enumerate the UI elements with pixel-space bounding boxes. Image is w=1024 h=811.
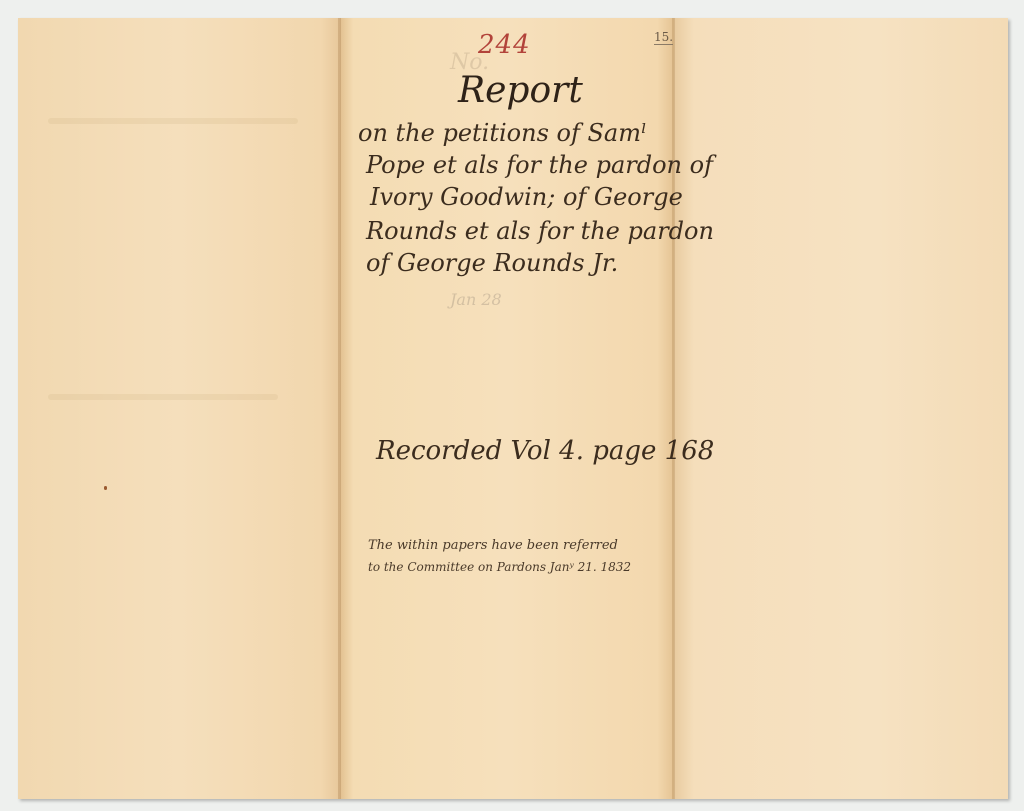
recorded-note: Recorded Vol 4. page 168: [376, 436, 714, 466]
body-line: Ivory Goodwin; of George: [370, 182, 683, 212]
body-line: of George Rounds Jr.: [366, 248, 618, 278]
bleed-through-text: [48, 394, 278, 400]
fold-line: [672, 18, 675, 799]
bleed-through-text: [48, 118, 298, 124]
left-fold-panel: [18, 18, 340, 799]
referral-note-line: The within papers have been referred: [368, 538, 618, 553]
body-line: Pope et als for the pardon of: [366, 150, 713, 180]
right-fold-panel: [674, 18, 1008, 799]
body-line: on the petitions of Samˡ: [358, 118, 647, 148]
faint-pencil-date: Jan 28: [450, 290, 502, 309]
referral-note-line: to the Committee on Pardons Janʸ 21. 183…: [368, 560, 631, 574]
document-sheet: No. 244 15. Report on the petitions of S…: [18, 18, 1008, 799]
document-title: Report: [458, 70, 583, 111]
page-number: 15.: [654, 30, 673, 45]
document-number: 244: [478, 30, 531, 60]
fold-line: [338, 18, 341, 799]
ink-speck: [104, 486, 107, 490]
body-line: Rounds et als for the pardon: [366, 216, 714, 246]
